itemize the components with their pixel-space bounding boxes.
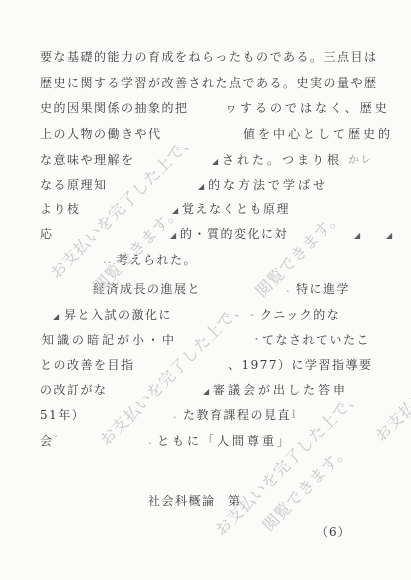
- text-segment: 51年）: [40, 408, 85, 422]
- text-segment: 昇と入試の激化に: [64, 308, 172, 322]
- text-segment: 第: [228, 494, 242, 508]
- text-segment: なる原理知: [40, 178, 108, 192]
- text-segment: な意味や理解を: [40, 153, 135, 167]
- text-segment: 上の人物の働きや代: [40, 127, 162, 141]
- text-segment: の改訂がな: [40, 383, 108, 397]
- text-segment: 、1977）に学習指導要: [228, 358, 373, 372]
- text-segment: ◢: [53, 313, 61, 321]
- watermark-text: 閲覧できます。: [256, 438, 353, 535]
- text-segment: ゛: [54, 434, 67, 448]
- text-segment: ヮするのではなく、歴史: [225, 101, 390, 115]
- text-segment: ◢: [354, 232, 362, 240]
- watermark-text: お支払いを完了した上で、: [369, 290, 411, 446]
- text-segment: 審議会が出した答申: [213, 383, 348, 397]
- text-segment: l: [292, 408, 297, 422]
- text-segment: てなされていたこ: [262, 333, 370, 347]
- text-segment: 歴史に関する学習が改善された点である。史実の量や歴: [40, 76, 378, 90]
- text-segment: ◢: [170, 232, 178, 240]
- text-segment: 覚えなくとも原理: [182, 202, 290, 216]
- text-segment: ◢: [198, 183, 206, 191]
- text-segment: -: [250, 308, 255, 322]
- text-segment: 要な基礎的能力の育成をねらったものである。三点目は: [40, 50, 378, 64]
- text-segment: ◢: [386, 232, 394, 240]
- page-number: （6）: [316, 523, 351, 540]
- text-segment: た教育課程の見直: [183, 408, 291, 422]
- text-segment: 考えられた。: [116, 253, 197, 267]
- text-segment: ..: [103, 253, 113, 267]
- text-segment: 的・質的変化に対: [180, 227, 288, 241]
- text-segment: ともに「人間尊重」: [157, 434, 292, 448]
- text-segment: 知識の暗記が小・中: [42, 333, 177, 347]
- text-segment: 会: [40, 434, 54, 448]
- text-segment: .: [173, 408, 178, 422]
- text-segment: .: [286, 282, 291, 296]
- text-segment: ◢: [172, 207, 180, 215]
- text-segment: より枝: [40, 202, 81, 216]
- text-segment: 史的因果関係の抽象的把: [40, 101, 189, 115]
- text-segment: .: [148, 434, 153, 448]
- text-segment: 値を中心として歴史的: [243, 127, 393, 141]
- text-segment: かレ: [348, 153, 373, 167]
- text-segment: との改善を目指: [40, 358, 135, 372]
- text-segment: ◢: [212, 158, 220, 166]
- text-segment: クニック的な: [260, 308, 340, 322]
- text-segment: ◢: [203, 388, 211, 396]
- text-segment: 社会科概論: [148, 494, 216, 508]
- text-segment: 的な方法で学ばせ: [208, 178, 328, 192]
- document-page: 要な基礎的能力の育成をねらったものである。三点目は歴史に関する学習が改善された点…: [0, 0, 411, 580]
- text-segment: 応: [40, 227, 54, 241]
- text-segment: された。つまり根: [222, 153, 342, 167]
- text-segment: 経済成長の進展と: [93, 282, 201, 296]
- text-segment: 特に進学: [296, 282, 350, 296]
